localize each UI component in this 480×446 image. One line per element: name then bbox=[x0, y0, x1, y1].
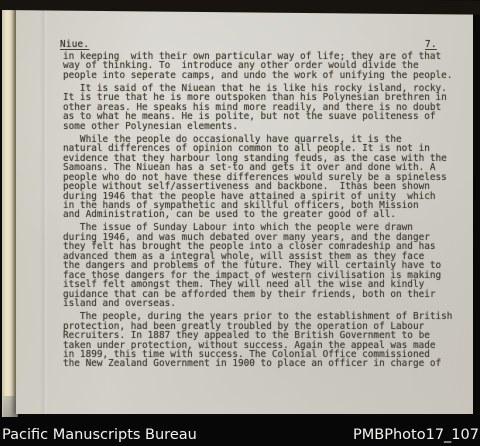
paper-crease bbox=[40, 8, 48, 414]
underlying-page-edge bbox=[2, 8, 17, 417]
paragraph-1: in keeping with their own particular way… bbox=[63, 52, 465, 80]
footer-bar: Pacific Manuscripts Bureau PMBPhoto17_10… bbox=[0, 417, 480, 446]
footer-organization: Pacific Manuscripts Bureau bbox=[2, 427, 197, 443]
page-number: 7. bbox=[425, 39, 437, 50]
document-body: in keeping with their own particular way… bbox=[63, 52, 465, 369]
page-title: Niue. bbox=[60, 39, 89, 50]
document-page: Niue. 7. in keeping with their own parti… bbox=[16, 8, 473, 414]
paragraph-5: The people, during the years prior to th… bbox=[63, 312, 465, 369]
scanned-page-photo: Niue. 7. in keeping with their own parti… bbox=[0, 0, 480, 446]
paragraph-2: It is said of the Niuean that he is like… bbox=[63, 84, 465, 131]
paragraph-3: While the people do occasionally have qu… bbox=[63, 135, 465, 220]
paragraph-4: The issue of Sunday Labour into which th… bbox=[63, 223, 465, 308]
footer-photo-id: PMBPhoto17_107 bbox=[353, 427, 479, 443]
